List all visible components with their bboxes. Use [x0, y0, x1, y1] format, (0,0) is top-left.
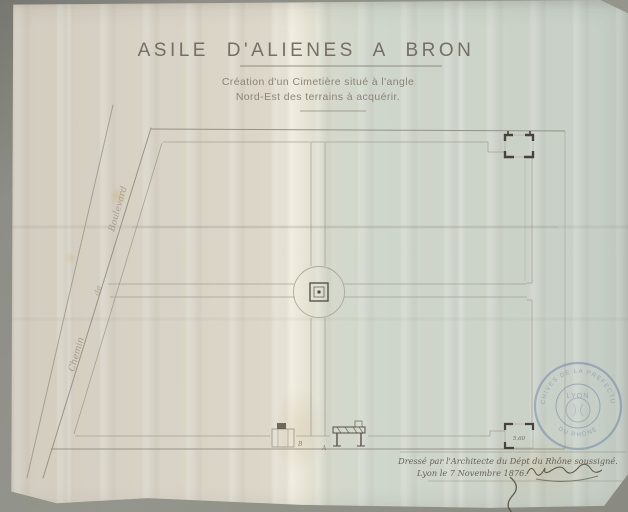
subtitle-line2: Nord-Est des terrains à acquérir. [236, 91, 400, 103]
inner-north-step [488, 142, 505, 152]
boundary-north [151, 129, 565, 131]
ne-pavilion-walls [505, 135, 533, 157]
se-pavilion: 5.60 [505, 424, 533, 448]
se-pavilion-dimension: 5.60 [513, 436, 526, 442]
inner-west-diagonal [74, 143, 162, 434]
inner-east-lower [527, 300, 532, 424]
signature-underline [536, 476, 598, 481]
inner-enclosure [74, 142, 532, 436]
cartouche: Dressé par l'Architecte du Dépt du Rhône… [397, 452, 627, 512]
gate-b-cap [277, 423, 286, 429]
road-east-edge [43, 128, 151, 478]
gate-b-label: B [297, 441, 303, 448]
stamp-emblem [566, 398, 590, 422]
monument-center-mark [318, 291, 321, 294]
road-label-bottom: Chemin [67, 336, 86, 373]
ne-pavilion [505, 131, 533, 157]
attribution-line2: Lyon le 7 Novembre 1876. [416, 468, 527, 478]
inner-east-upper [527, 158, 532, 283]
gate-a-posts [337, 433, 361, 446]
gate-a-chimney [355, 421, 362, 427]
svg-text:· DU RHONE ·: · DU RHONE · [552, 422, 604, 438]
archive-stamp: ARCHIVES DE LA PREFECTURE · DU RHONE · L… [0, 0, 621, 449]
gate-b-posts [278, 429, 288, 447]
stamp-center-text: LYON [567, 393, 590, 400]
terrain-boundary [51, 129, 565, 449]
signature-paraph [507, 477, 516, 512]
subtitle-line1: Création d'un Cimetière situé à l'angle [222, 76, 414, 88]
road: Boulevard de Chemin [27, 105, 151, 478]
stamp-arc-bottom-text: · DU RHONE · [552, 422, 604, 438]
gate-a-label: A [321, 445, 327, 452]
rond-point [294, 267, 345, 318]
title-block: ASILE D'ALIENES A BRON Création d'un Cim… [138, 40, 475, 111]
stamp-emblem-lines [573, 404, 583, 416]
scanned-plan-photo: ASILE D'ALIENES A BRON Création d'un Cim… [0, 0, 628, 512]
stamp-inner-ring [556, 384, 600, 428]
south-gates: B A [272, 421, 365, 452]
gate-a-hatching [337, 427, 363, 433]
plan-drawing: ASILE D'ALIENES A BRON Création d'un Cim… [0, 0, 628, 512]
gate-b-outline [272, 429, 294, 447]
plan-title: ASILE D'ALIENES A BRON [138, 40, 475, 61]
ne-pavilion-outline [505, 135, 533, 157]
inner-south-c [368, 431, 505, 436]
alleys [108, 143, 527, 436]
